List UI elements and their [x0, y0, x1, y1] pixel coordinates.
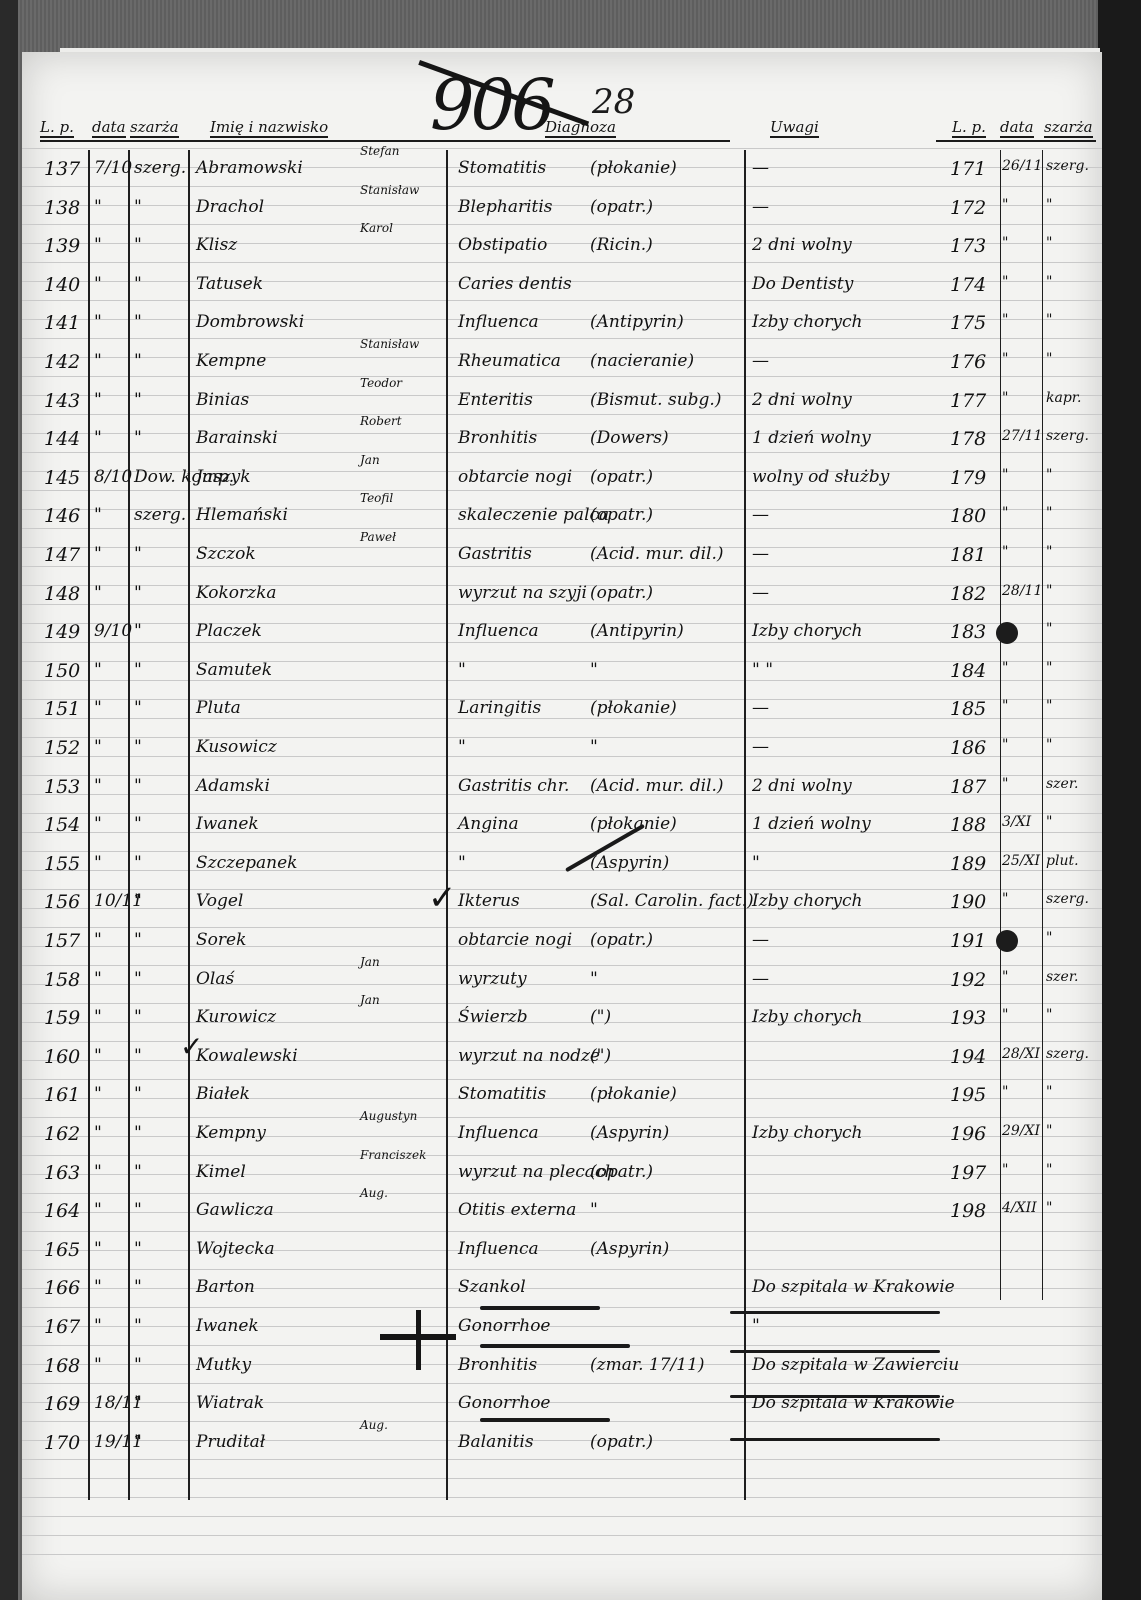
- row-surname: Barton: [196, 1277, 255, 1297]
- right-row-rank: ": [1046, 698, 1052, 714]
- death-cross-icon-bar: [380, 1334, 456, 1340]
- right-row-rank: szerg.: [1046, 428, 1089, 444]
- right-row-number: 175: [950, 312, 986, 334]
- row-number: 169: [44, 1393, 80, 1415]
- right-row-number: 188: [950, 814, 986, 836]
- checkmark-icon: ✓: [428, 878, 457, 918]
- table-row-right: 19629/XI": [0, 1115, 1141, 1149]
- table-row-right: 184"": [0, 652, 1141, 686]
- header-date-right: data: [1000, 118, 1034, 138]
- table-row-right: 180"": [0, 497, 1141, 531]
- right-row-date: ": [1002, 390, 1008, 406]
- right-row-number: 195: [950, 1084, 986, 1106]
- right-row-number: 189: [950, 853, 986, 875]
- right-row-rank: szer.: [1046, 969, 1078, 985]
- right-row-rank: ": [1046, 274, 1052, 290]
- row-rank: ": [134, 1432, 142, 1452]
- right-row-number: 179: [950, 467, 986, 489]
- header-date: data: [92, 118, 126, 138]
- right-row-rank: ": [1046, 737, 1052, 753]
- table-row-right: 186"": [0, 729, 1141, 763]
- right-row-rank: ": [1046, 1123, 1052, 1139]
- row-date: ": [94, 1355, 102, 1375]
- table-row-right: 197"": [0, 1154, 1141, 1188]
- right-row-rank: ": [1046, 235, 1052, 251]
- row-rank: ": [134, 1355, 142, 1375]
- header-rank: szarża: [130, 118, 179, 138]
- row-diagnosis: Szankol: [458, 1277, 526, 1297]
- right-row-date: 29/XI: [1002, 1123, 1040, 1139]
- table-row-right: 172"": [0, 189, 1141, 223]
- table-row-right: 175"": [0, 304, 1141, 338]
- table-row-right: 185"": [0, 690, 1141, 724]
- table-row: 17019/11"PruditałAug.Balanitis(opatr.): [0, 1424, 1141, 1458]
- right-row-date: ": [1002, 891, 1008, 907]
- right-row-date: ": [1002, 235, 1008, 251]
- row-number: 167: [44, 1316, 80, 1338]
- row-surname: Wiatrak: [196, 1393, 264, 1413]
- right-row-rank: ": [1046, 351, 1052, 367]
- right-row-number: 181: [950, 544, 986, 566]
- row-remark: Do szpitala w Zawierciu: [752, 1355, 959, 1375]
- table-row-right: 193"": [0, 999, 1141, 1033]
- right-row-number: 185: [950, 698, 986, 720]
- table-row: 167""IwanekGonorrhoe": [0, 1308, 1141, 1342]
- table-row-right: 18925/XIplut.: [0, 845, 1141, 879]
- right-row-number: 183: [950, 621, 986, 643]
- row-diagnosis: Gonorrhoe: [458, 1393, 551, 1413]
- right-row-date: 3/XI: [1002, 814, 1031, 830]
- right-row-number: 187: [950, 776, 986, 798]
- right-row-number: 171: [950, 158, 986, 180]
- death-cross-icon: [416, 1310, 421, 1370]
- table-row-right: 1984/XII": [0, 1192, 1141, 1226]
- row-rank: ": [134, 1316, 142, 1336]
- right-row-date: ": [1002, 737, 1008, 753]
- right-row-rank: ": [1046, 583, 1052, 599]
- table-row-right: 195"": [0, 1076, 1141, 1110]
- row-treatment: (Aspyrin): [590, 1239, 669, 1259]
- right-row-rank: szerg.: [1046, 891, 1089, 907]
- right-row-rank: ": [1046, 505, 1052, 521]
- right-row-rank: ": [1046, 1162, 1052, 1178]
- right-row-date: ": [1002, 467, 1008, 483]
- table-row-right: 190"szerg.: [0, 883, 1141, 917]
- row-diagnosis: Gonorrhoe: [458, 1316, 551, 1336]
- table-row: 168""MutkyBronhitis(zmar. 17/11)Do szpit…: [0, 1347, 1141, 1381]
- right-row-date: 27/11: [1002, 428, 1042, 444]
- right-row-rank: kapr.: [1046, 390, 1081, 406]
- row-remark: Do szpitala w Krakowie: [752, 1277, 955, 1297]
- right-row-date: ": [1002, 197, 1008, 213]
- right-row-date: ": [1002, 776, 1008, 792]
- row-surname: Mutky: [196, 1355, 251, 1375]
- right-row-number: 190: [950, 891, 986, 913]
- ink-underline: [730, 1311, 940, 1314]
- right-row-date: ": [1002, 1007, 1008, 1023]
- ink-underline: [730, 1438, 940, 1441]
- table-row-right: 174"": [0, 266, 1141, 300]
- row-treatment: (zmar. 17/11): [590, 1355, 705, 1375]
- right-row-rank: ": [1046, 621, 1052, 637]
- row-treatment: (opatr.): [590, 1432, 653, 1452]
- right-row-rank: ": [1046, 930, 1052, 946]
- right-row-date: ": [1002, 969, 1008, 985]
- row-rank: ": [134, 1277, 142, 1297]
- right-row-number: 176: [950, 351, 986, 373]
- right-row-rank: ": [1046, 1200, 1052, 1216]
- right-row-date: ": [1002, 312, 1008, 328]
- table-row: 165""WojteckaInfluenca(Aspyrin): [0, 1231, 1141, 1265]
- right-row-rank: szer.: [1046, 776, 1078, 792]
- row-diagnosis: Balanitis: [458, 1432, 534, 1452]
- page-number: 28: [592, 82, 635, 122]
- row-diagnosis: Influenca: [458, 1239, 539, 1259]
- right-row-date: 28/11: [1002, 583, 1042, 599]
- right-row-number: 184: [950, 660, 986, 682]
- right-row-number: 194: [950, 1046, 986, 1068]
- row-number: 170: [44, 1432, 80, 1454]
- row-rank: ": [134, 1239, 142, 1259]
- right-row-number: 192: [950, 969, 986, 991]
- right-row-number: 178: [950, 428, 986, 450]
- table-row: 16918/11"WiatrakGonorrhoeDo szpitala w K…: [0, 1385, 1141, 1419]
- header-remarks: Uwagi: [770, 118, 819, 138]
- table-row-right: 176"": [0, 343, 1141, 377]
- header-lp-right: L. p.: [952, 118, 986, 138]
- header-lp: L. p.: [40, 118, 74, 138]
- right-row-date: ": [1002, 660, 1008, 676]
- row-surname: Iwanek: [196, 1316, 259, 1336]
- right-row-rank: ": [1046, 1084, 1052, 1100]
- right-row-number: 174: [950, 274, 986, 296]
- checkmark-icon: ✓: [180, 1030, 203, 1063]
- row-date: ": [94, 1239, 102, 1259]
- header-rank-right: szarża: [1044, 118, 1093, 138]
- header-name: Imię i nazwisko: [210, 118, 328, 138]
- right-row-number: 182: [950, 583, 986, 605]
- right-row-date: 25/XI: [1002, 853, 1040, 869]
- right-row-date: ": [1002, 351, 1008, 367]
- right-row-number: 193: [950, 1007, 986, 1029]
- header-rule: [40, 140, 730, 142]
- right-row-number: 191: [950, 930, 986, 952]
- table-row-right: 177"kapr.: [0, 382, 1141, 416]
- right-row-rank: ": [1046, 467, 1052, 483]
- table-row-right: 183"": [0, 613, 1141, 647]
- right-row-rank: ": [1046, 1007, 1052, 1023]
- right-row-rank: ": [1046, 544, 1052, 560]
- table-row-right: 181"": [0, 536, 1141, 570]
- right-row-number: 198: [950, 1200, 986, 1222]
- right-row-rank: ": [1046, 312, 1052, 328]
- table-row: 166""BartonSzankolDo szpitala w Krakowie: [0, 1269, 1141, 1303]
- ink-underline: [730, 1350, 940, 1353]
- right-row-number: 196: [950, 1123, 986, 1145]
- right-row-date: ": [1002, 1162, 1008, 1178]
- table-row-right: 173"": [0, 227, 1141, 261]
- row-remark: ": [752, 1316, 760, 1336]
- table-row-right: 1883/XI": [0, 806, 1141, 840]
- right-row-rank: szerg.: [1046, 158, 1089, 174]
- header-diagnosis: Diagnoza: [545, 118, 616, 138]
- right-row-date: 28/XI: [1002, 1046, 1040, 1062]
- row-number: 168: [44, 1355, 80, 1377]
- right-row-date: ": [1002, 505, 1008, 521]
- table-row-right: 192"szer.: [0, 961, 1141, 995]
- row-rank: ": [134, 1393, 142, 1413]
- table-row-right: 19428/XIszerg.: [0, 1038, 1141, 1072]
- right-row-number: 177: [950, 390, 986, 412]
- ink-blot: [996, 930, 1018, 952]
- row-surname: Wojtecka: [196, 1239, 275, 1259]
- right-row-date: 26/11: [1002, 158, 1042, 174]
- table-row-right: 18228/11": [0, 575, 1141, 609]
- row-number: 165: [44, 1239, 80, 1261]
- row-diagnosis: Bronhitis: [458, 1355, 537, 1375]
- row-date: ": [94, 1316, 102, 1336]
- right-row-rank: plut.: [1046, 853, 1079, 869]
- right-row-number: 173: [950, 235, 986, 257]
- right-row-date: 4/XII: [1002, 1200, 1037, 1216]
- right-row-number: 197: [950, 1162, 986, 1184]
- table-row-right: 179"": [0, 459, 1141, 493]
- ink-underline: [480, 1306, 600, 1310]
- ink-underline: [480, 1344, 630, 1348]
- right-row-date: ": [1002, 274, 1008, 290]
- table-row-right: 191"": [0, 922, 1141, 956]
- right-row-number: 180: [950, 505, 986, 527]
- right-row-rank: ": [1046, 660, 1052, 676]
- ink-underline: [730, 1395, 940, 1398]
- right-row-rank: ": [1046, 814, 1052, 830]
- table-row-right: 17827/11szerg.: [0, 420, 1141, 454]
- right-row-date: ": [1002, 1084, 1008, 1100]
- header-rule-right: [936, 140, 1096, 142]
- right-row-date: ": [1002, 698, 1008, 714]
- right-row-number: 172: [950, 197, 986, 219]
- row-surname: Pruditał: [196, 1432, 265, 1452]
- table-row-right: 187"szer.: [0, 768, 1141, 802]
- row-number: 166: [44, 1277, 80, 1299]
- ink-underline: [480, 1418, 610, 1422]
- right-row-date: ": [1002, 544, 1008, 560]
- right-row-rank: szerg.: [1046, 1046, 1089, 1062]
- table-row-right: 17126/11szerg.: [0, 150, 1141, 184]
- row-date: ": [94, 1277, 102, 1297]
- right-row-number: 186: [950, 737, 986, 759]
- row-given-name: Aug.: [360, 1418, 388, 1432]
- right-row-rank: ": [1046, 197, 1052, 213]
- ink-blot: [996, 622, 1018, 644]
